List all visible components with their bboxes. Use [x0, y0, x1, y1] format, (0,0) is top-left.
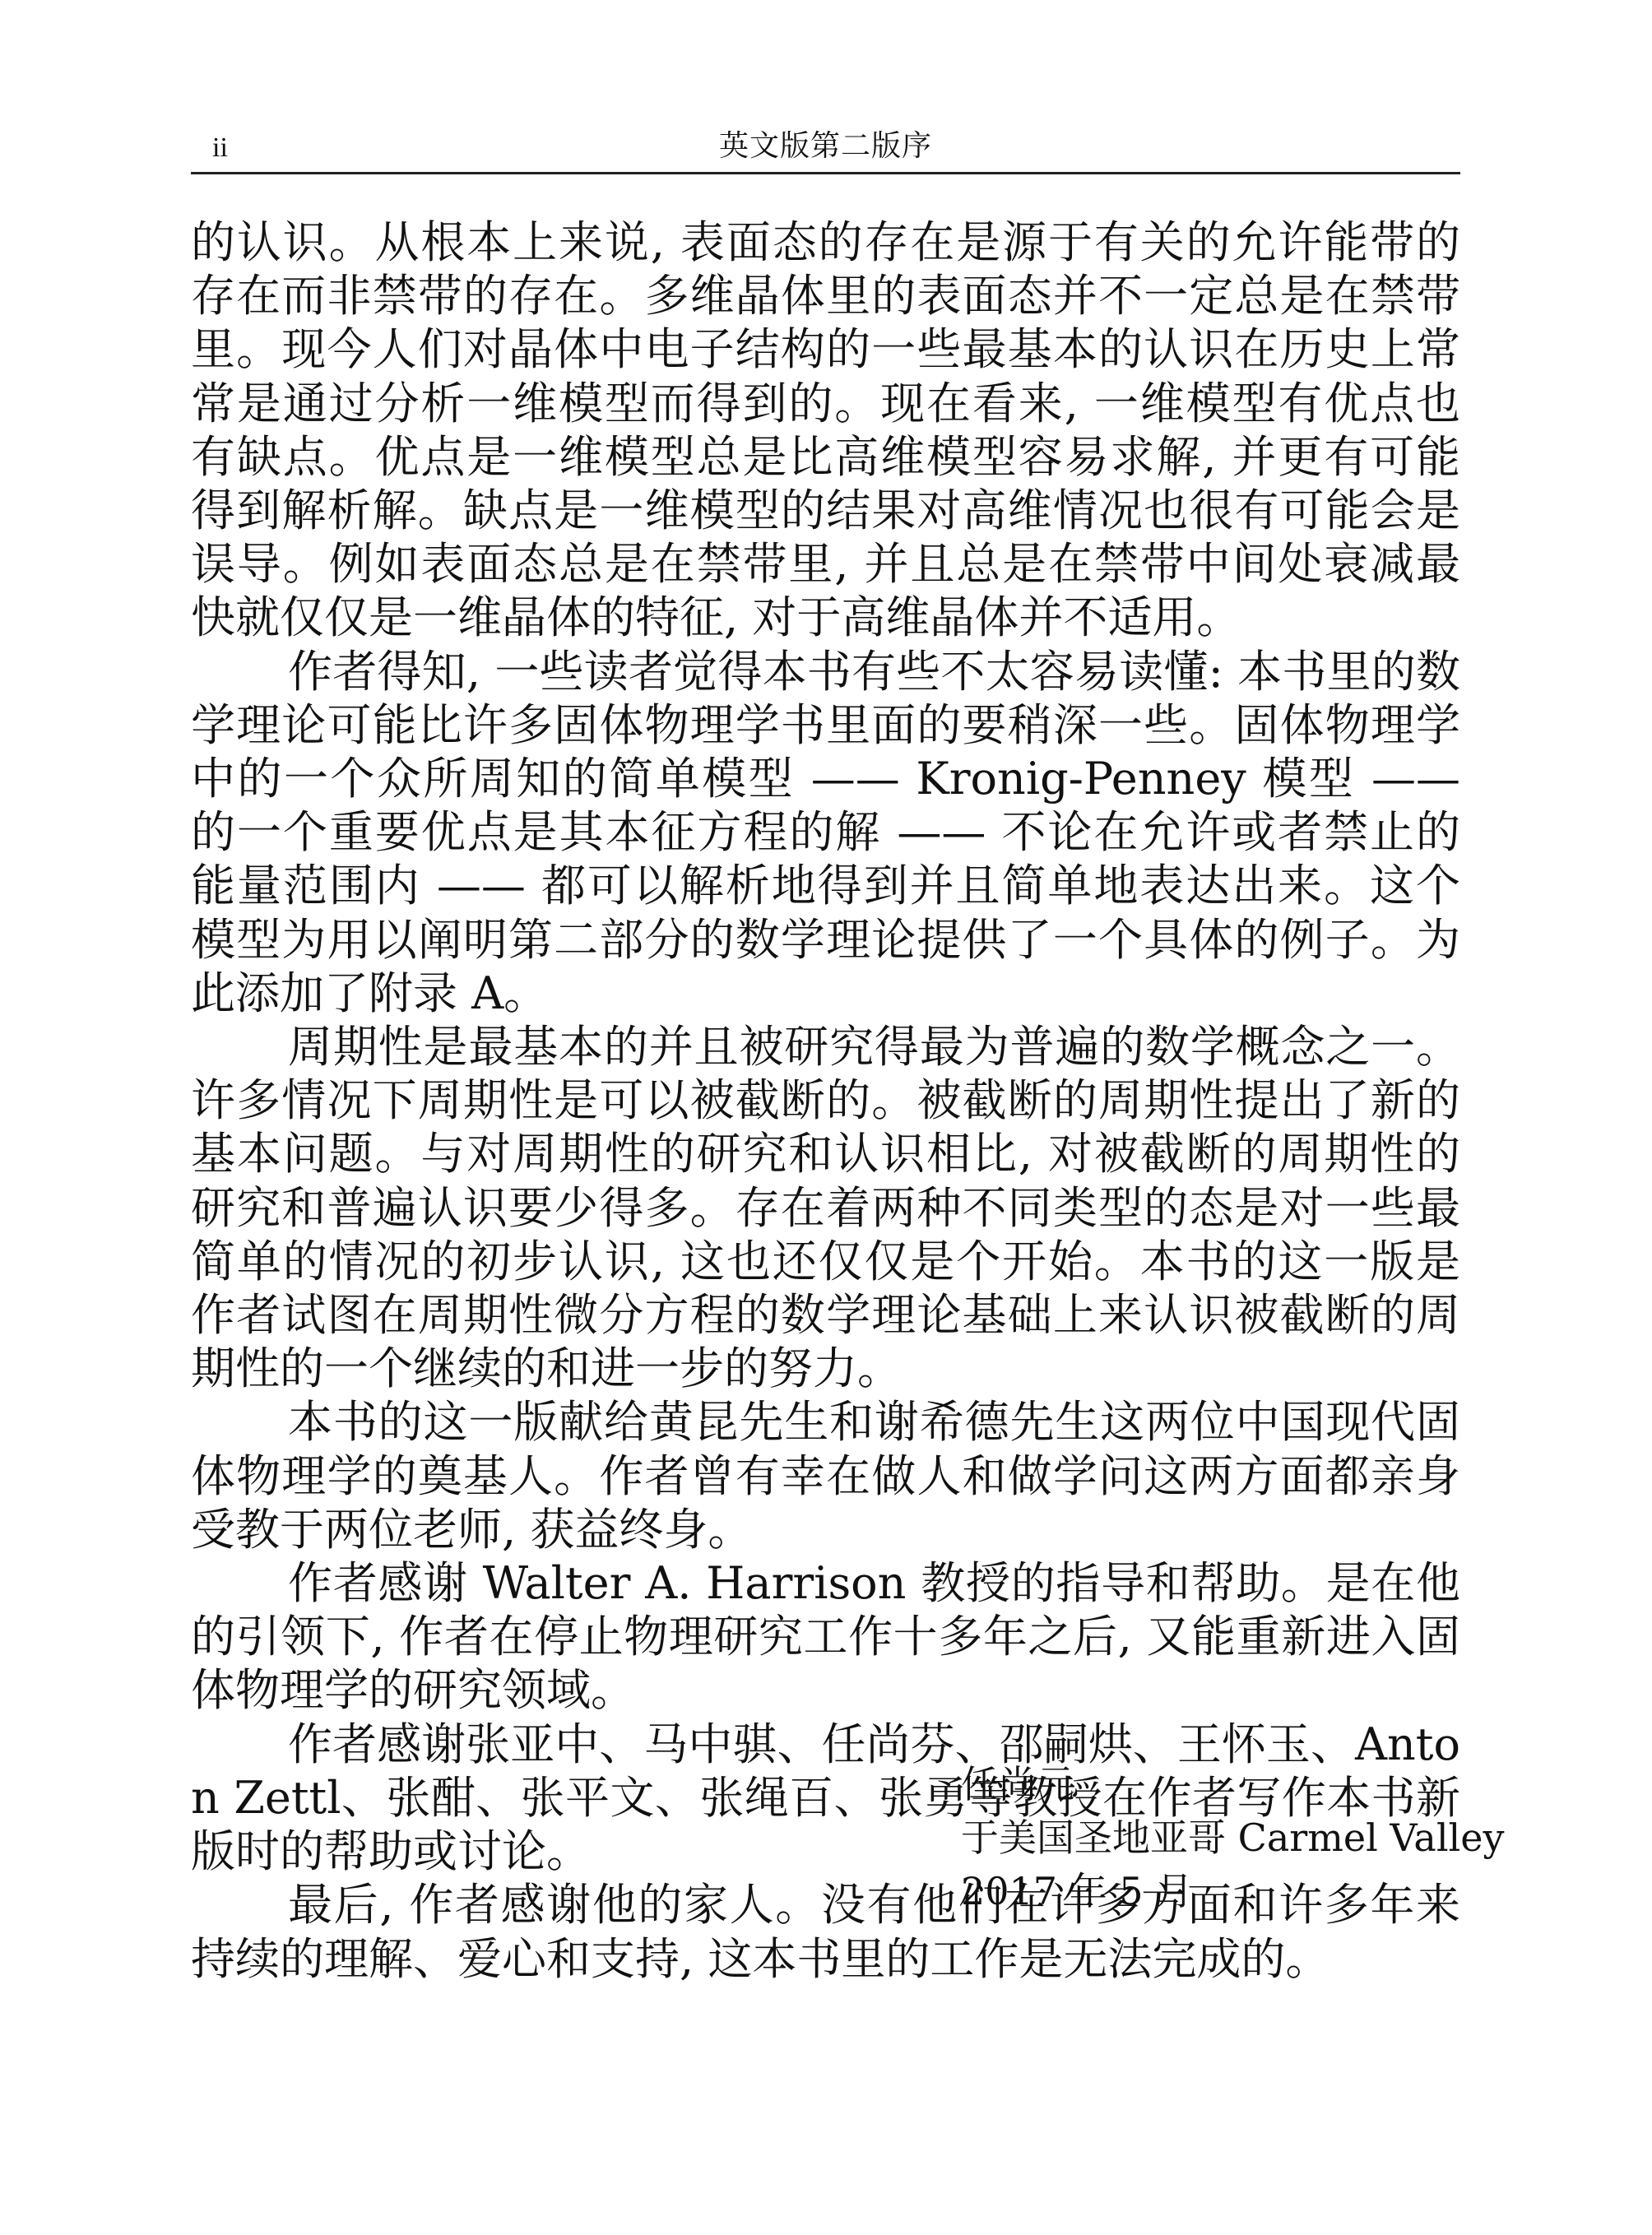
signature-date: 2017 年 5 月	[961, 1865, 1504, 1918]
signature-location: 于美国圣地亚哥 Carmel Valley	[961, 1811, 1504, 1865]
header-divider	[191, 172, 1460, 174]
signature-block: 任尚元 于美国圣地亚哥 Carmel Valley 2017 年 5 月	[961, 1758, 1504, 1918]
running-title: 英文版第二版序	[191, 128, 1460, 165]
paragraph-surface-states: 的认识。从根本上来说, 表面态的存在是源于有关的允许能带的存在而非禁带的存在。多…	[191, 216, 1460, 645]
paragraph-truncated-periodicity: 周期性是最基本的并且被研究得最为普遍的数学概念之一。许多情况下周期性是可以被截断…	[191, 1020, 1460, 1395]
author-name: 任尚元	[961, 1758, 1504, 1811]
page-header: ii 英文版第二版序	[191, 125, 1460, 171]
paragraph-acknowledge-harrison: 作者感谢 Walter A. Harrison 教授的指导和帮助。是在他的引领下…	[191, 1556, 1460, 1718]
preface-body: 的认识。从根本上来说, 表面态的存在是源于有关的允许能带的存在而非禁带的存在。多…	[191, 216, 1460, 1986]
paragraph-kronig-penney: 作者得知, 一些读者觉得本书有些不太容易读懂: 本书里的数学理论可能比许多固体物…	[191, 645, 1460, 1020]
paragraph-dedication: 本书的这一版献给黄昆先生和谢希德先生这两位中国现代固体物理学的奠基人。作者曾有幸…	[191, 1395, 1460, 1556]
